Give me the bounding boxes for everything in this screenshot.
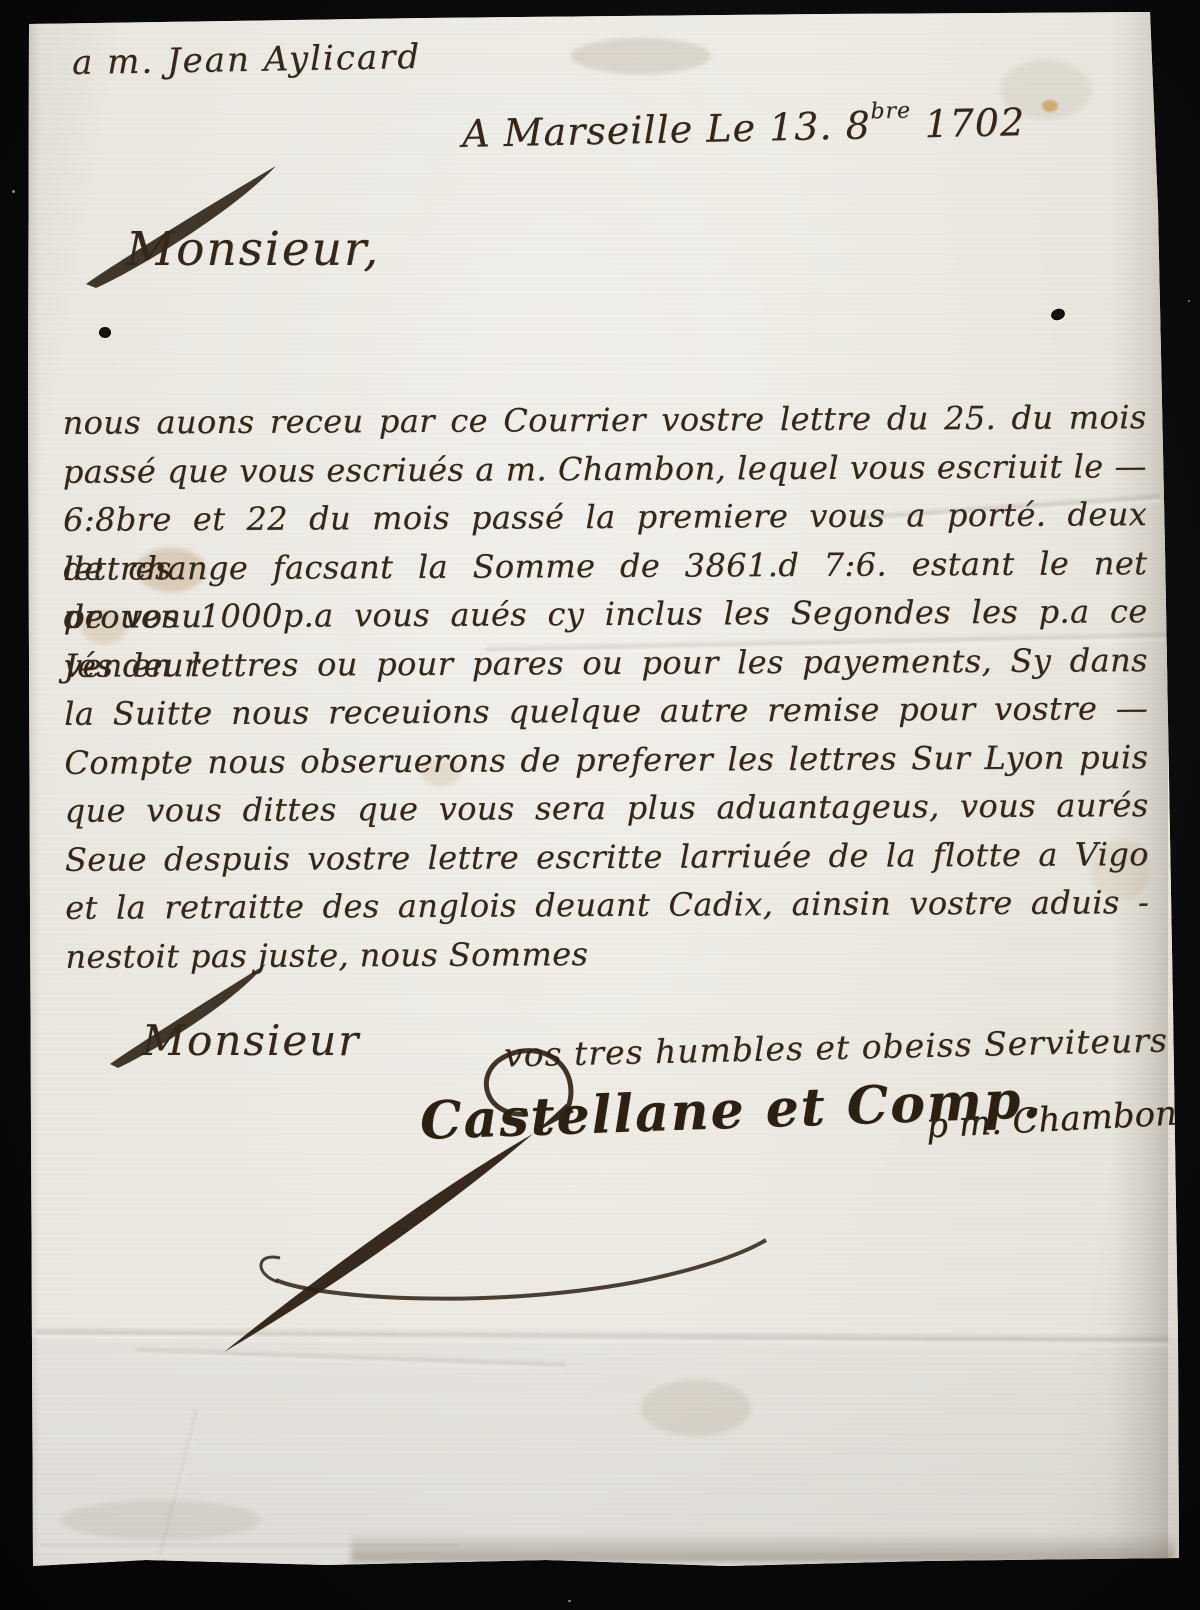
paper-lower-tone (26, 1338, 1180, 1570)
body-line: nous auons receu par ce Courrier vostre … (62, 393, 1146, 447)
stain (1042, 100, 1058, 112)
pinhole-right (1050, 307, 1067, 322)
letter-body: nous auons receu par ce Courrier vostre … (62, 393, 1149, 981)
letter-scan: a m. Jean Aylicard A Marseille Le 13. 8b… (0, 0, 1200, 1610)
body-line: la Suitte nous receuions quelque autre r… (64, 684, 1148, 738)
signature-flourish (166, 1030, 786, 1360)
stain (571, 38, 711, 74)
salutation: Monsieur, (126, 222, 380, 277)
dateline-prefix: A Marseille Le 13. 8 (462, 103, 872, 156)
dust-speck (12, 190, 15, 193)
body-line: de change facsant la Somme de 3861.d 7:6… (63, 539, 1147, 593)
dust-speck (1188, 300, 1190, 302)
pinhole-left (99, 327, 111, 338)
body-line: Jés en lettres ou pour pares ou pour les… (64, 636, 1148, 690)
dateline: A Marseille Le 13. 8bre 1702 (462, 100, 1026, 156)
closing-signoff: vos tres humbles et obeiss Serviteurs (504, 1020, 1169, 1074)
address-line: a m. Jean Aylicard (72, 37, 422, 83)
body-line: Seue despuis vostre lettre escritte larr… (65, 830, 1149, 884)
paper-left-edge-shade (26, 8, 40, 1570)
paper: a m. Jean Aylicard A Marseille Le 13. 8b… (26, 8, 1180, 1570)
body-line: Compte nous obseruerons de preferer les … (64, 733, 1148, 787)
dust-speck (568, 1600, 571, 1602)
closing-valediction: Monsieur (142, 1016, 360, 1065)
body-line: que vous dittes que vous sera plus aduan… (65, 781, 1149, 835)
dateline-superscript: bre (870, 99, 911, 125)
body-line: nestoit pas juste, nous Sommes (65, 927, 1149, 981)
dateline-suffix: 1702 (911, 100, 1026, 146)
body-line: 6:8bre et 22 du mois passé la premiere v… (63, 490, 1147, 544)
body-line: et la retraitte des anglois deuant Cadix… (65, 878, 1149, 932)
body-line: passé que vous escriués a m. Chambon, le… (63, 442, 1147, 496)
body-line: de vos 1000p.a vous aués cy inclus les S… (63, 587, 1147, 641)
